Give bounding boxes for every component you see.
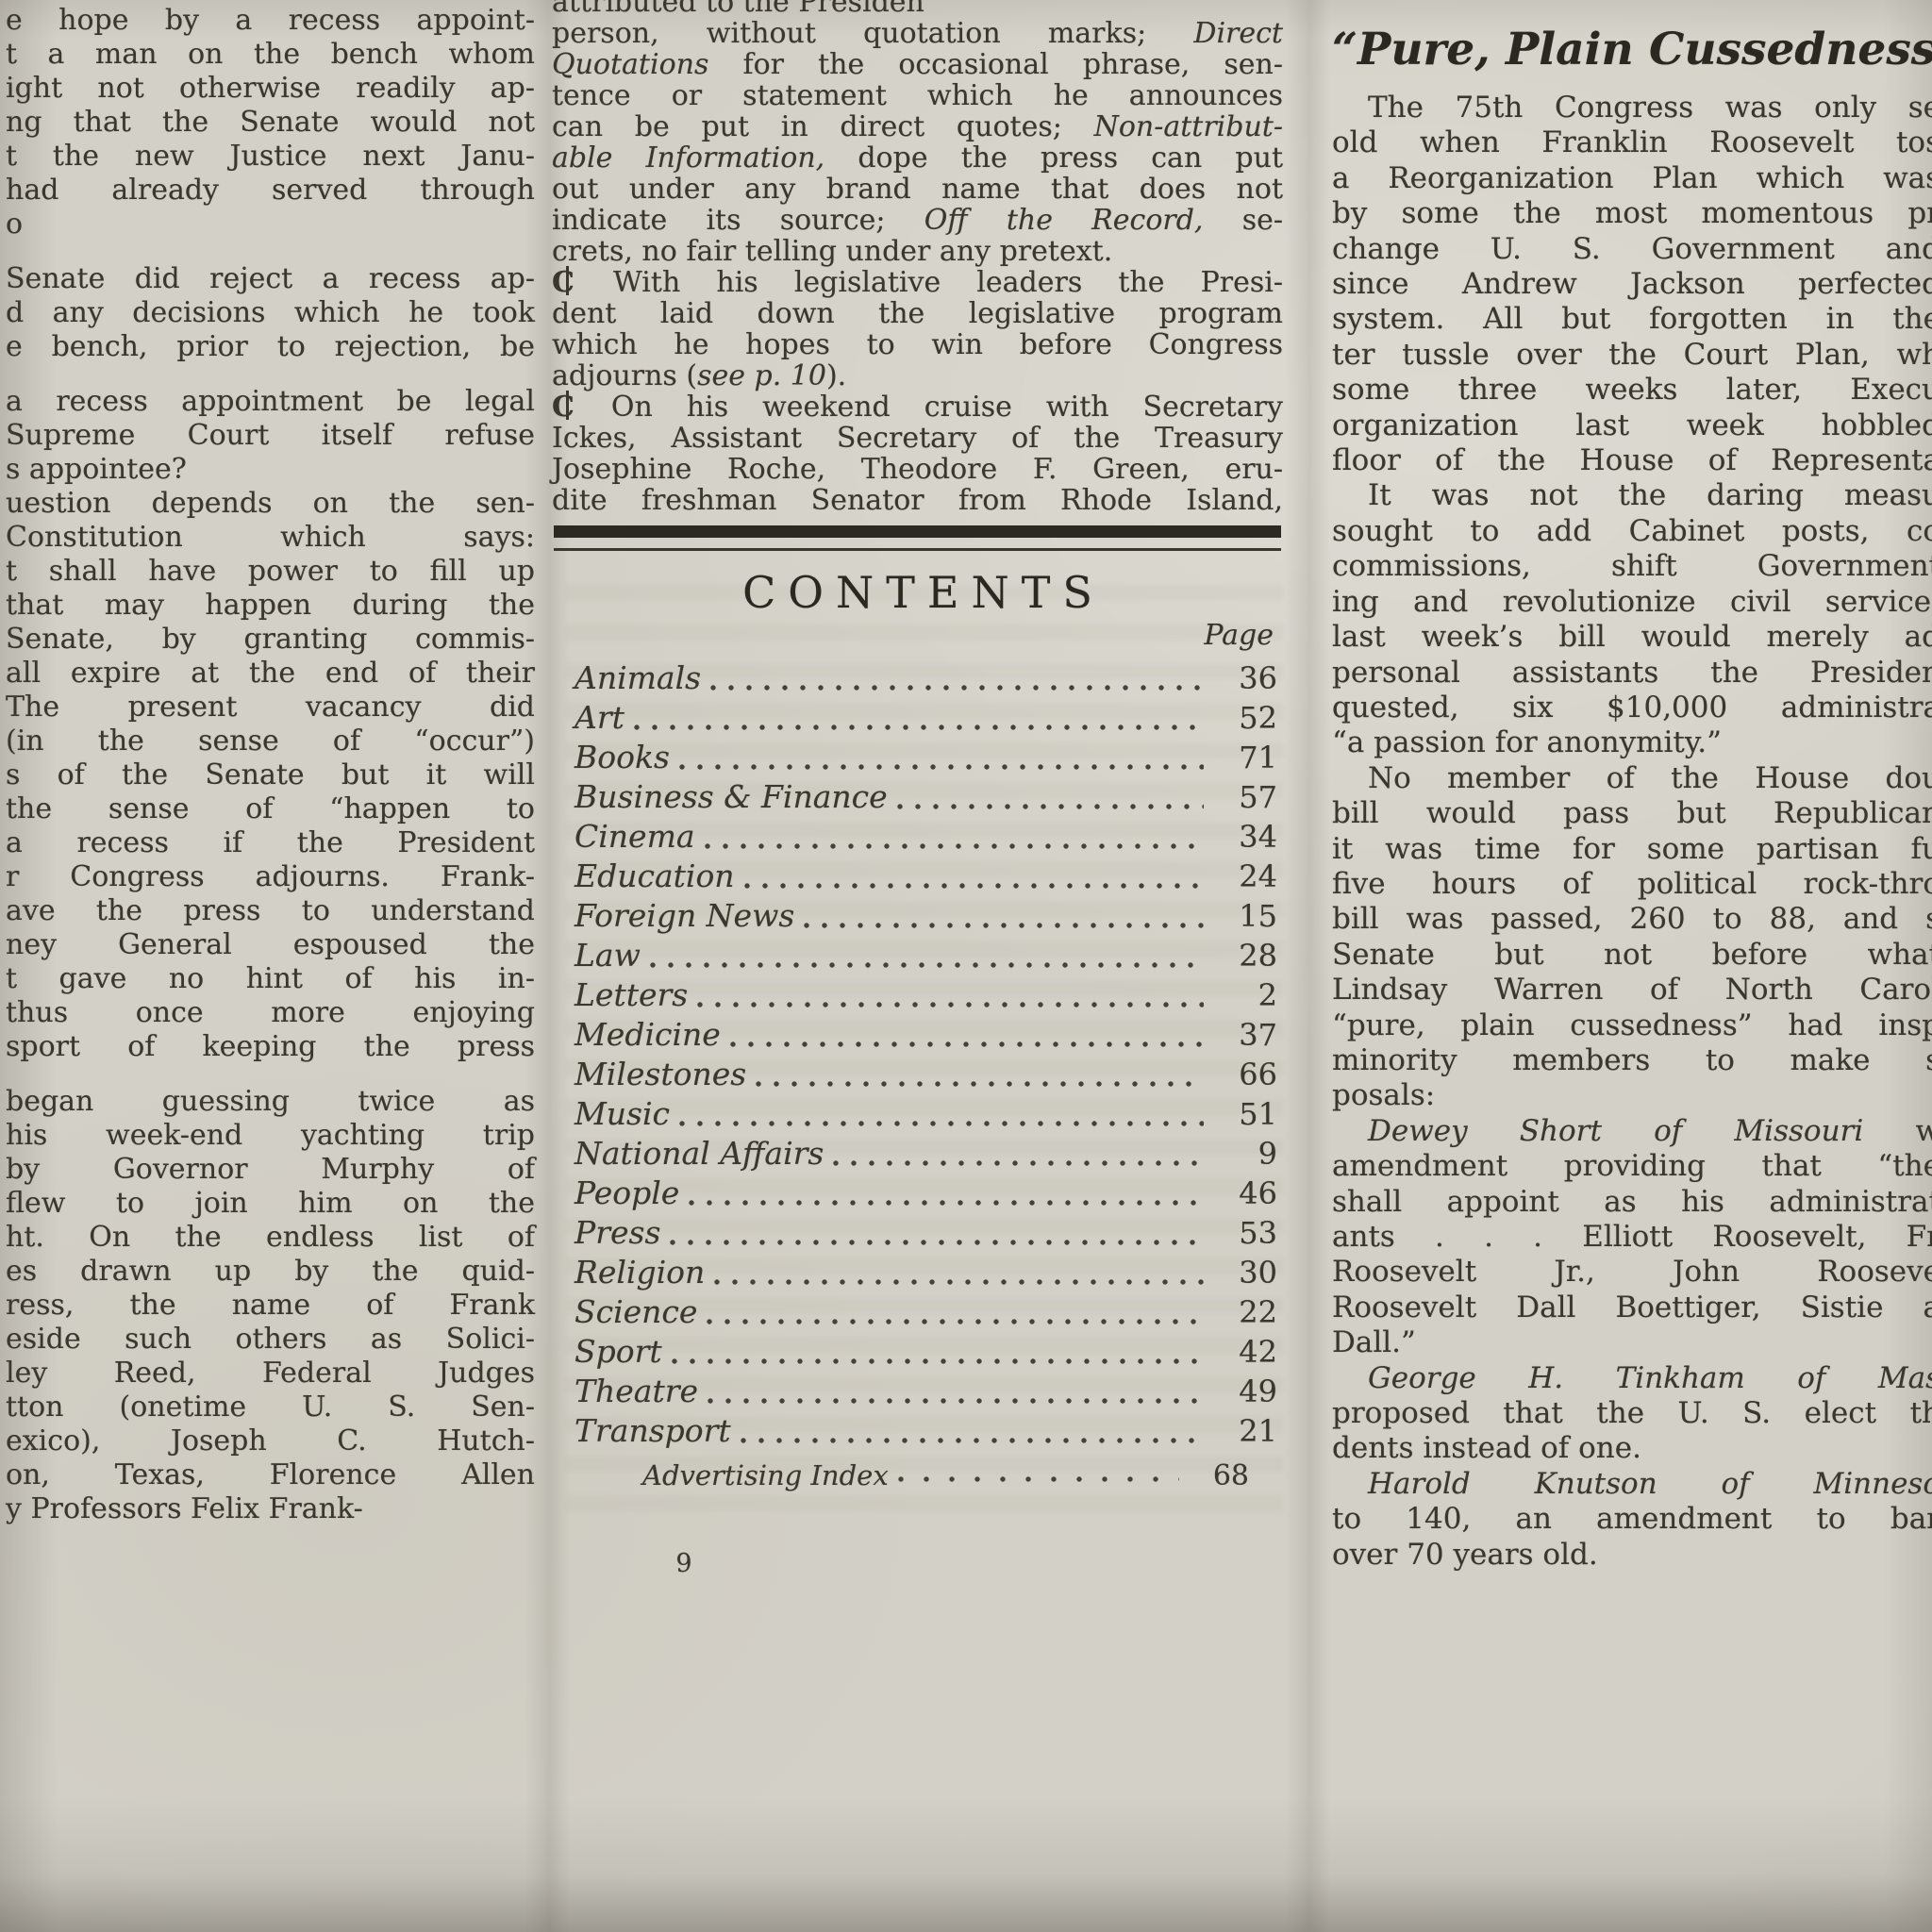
text-line: since Andrew Jackson perfected — [1332, 267, 1932, 302]
text-line: personal assistants the Presiden — [1332, 656, 1932, 691]
text-line: Lindsay Warren of North Carol — [1332, 973, 1932, 1008]
text-segment: some three weeks later, Execu — [1332, 373, 1932, 407]
text-line: Constitution which says: — [6, 521, 535, 555]
text-segment: It was not the daring measu — [1368, 478, 1932, 512]
text-line: Senate did reject a recess ap- — [6, 262, 535, 296]
text-line: Dewey Short of Missouri w — [1332, 1114, 1932, 1149]
text-line: It was not the daring measu — [1332, 478, 1932, 513]
text-segment: a recess appointment be legal — [6, 385, 535, 418]
text-segment: w — [1863, 1114, 1932, 1148]
toc-page-number: 36 — [1217, 663, 1277, 694]
text-segment: since Andrew Jackson perfected — [1332, 267, 1932, 301]
text-segment: y Professors Felix Frank- — [6, 1492, 363, 1525]
text-segment: personal assistants the Presiden — [1332, 656, 1932, 690]
text-segment: Harold Knutson of Minneso — [1368, 1467, 1932, 1501]
text-segment: over 70 years old. — [1332, 1538, 1598, 1572]
text-segment: can be put in direct quotes; — [552, 110, 1094, 143]
toc-page-number: 49 — [1217, 1376, 1277, 1407]
text-segment: amendment providing that “the — [1332, 1149, 1932, 1183]
dot-leader — [632, 722, 1204, 733]
text-segment: ter tussle over the Court Plan, wh — [1332, 338, 1932, 372]
text-line: floor of the House of Representa — [1332, 443, 1932, 478]
text-line: all expire at the end of their — [6, 657, 535, 691]
text-segment: Lindsay Warren of North Carol — [1332, 973, 1932, 1007]
text-segment: person, without quotation marks; — [552, 17, 1193, 50]
text-segment: t the new Justice next Janu- — [6, 140, 535, 173]
text-segment: sport of keeping the press — [6, 1030, 535, 1063]
dot-leader — [677, 761, 1204, 773]
dot-leader — [668, 1237, 1204, 1248]
text-line: t the new Justice next Janu- — [6, 140, 535, 174]
text-line: bill was passed, 260 to 88, and s — [1332, 902, 1932, 937]
text-segment: all expire at the end of their — [6, 657, 535, 690]
text-line: Josephine Roche, Theodore F. Green, eru- — [552, 454, 1283, 485]
text-line: minority members to make s — [1332, 1043, 1932, 1078]
toc-section-label: National Affairs — [575, 1138, 824, 1169]
toc-row: Transport21 — [575, 1415, 1277, 1455]
text-line: (in the sense of “occur”) — [6, 724, 535, 758]
text-line: organization last week hobbled — [1332, 408, 1932, 443]
toc-row: National Affairs9 — [575, 1138, 1277, 1177]
text-segment: adjourns ( — [552, 359, 697, 392]
text-line: by some the most momentous pr — [1332, 196, 1932, 231]
text-line: thus once more enjoying — [6, 996, 535, 1030]
toc-section-label: Foreign News — [575, 900, 794, 931]
toc-section-label: Religion — [575, 1257, 705, 1288]
text-segment: es drawn up by the quid- — [6, 1255, 535, 1288]
text-line: ing and revolutionize civil service. — [1332, 585, 1932, 620]
text-segment: Off the Record, — [924, 204, 1204, 237]
magazine-page: e hope by a recess appoint-t a man on th… — [0, 0, 1932, 1932]
text-line: “pure, plain cussedness” had insp — [1332, 1008, 1932, 1043]
text-line: No member of the House dou — [1332, 761, 1932, 796]
text-line: old when Franklin Roosevelt tos — [1332, 125, 1932, 160]
toc-page-number: 51 — [1217, 1099, 1277, 1130]
text-line: his week-end yachting trip — [6, 1119, 535, 1153]
text-line: The 75th Congress was only se — [1332, 91, 1932, 125]
page-number: 9 — [656, 1549, 712, 1578]
text-line: ight not otherwise readily ap- — [6, 72, 535, 106]
toc-page-number: 53 — [1217, 1218, 1277, 1249]
text-line: es drawn up by the quid- — [6, 1255, 535, 1289]
text-segment: George H. Tinkham of Mas — [1368, 1361, 1932, 1395]
toc-section-label: Theatre — [575, 1375, 698, 1407]
text-line: ht. On the endless list of — [6, 1221, 535, 1255]
column-gutter-shadow — [1285, 0, 1330, 1932]
text-line: the sense of “happen to — [6, 792, 535, 826]
text-line: system. All but forgotten in the — [1332, 302, 1932, 337]
toc-page-number: 9 — [1217, 1139, 1277, 1170]
text-line: e hope by a recess appoint- — [6, 4, 535, 38]
section-heading-clipped: THE CO — [1332, 0, 1932, 19]
toc-page-number: 37 — [1217, 1020, 1277, 1051]
text-segment: for the occasional phrase, sen- — [708, 48, 1283, 81]
text-line: a recess if the President — [6, 826, 535, 860]
dot-leader — [687, 1197, 1204, 1208]
dot-leader — [742, 880, 1204, 891]
text-line: a recess appointment be legal — [6, 385, 535, 419]
text-line: bill would pass but Republican — [1332, 796, 1932, 831]
text-line: had already served through — [6, 174, 535, 208]
text-line: d any decisions which he took — [6, 296, 535, 330]
text-line: proposed that the U. S. elect th — [1332, 1396, 1932, 1431]
text-segment: commissions, shift Government — [1332, 549, 1932, 583]
dot-leader — [895, 801, 1204, 812]
toc-page-number: 24 — [1217, 861, 1277, 892]
toc-row: Press53 — [575, 1217, 1277, 1257]
text-segment: Direct — [1193, 17, 1283, 50]
text-line: began guessing twice as — [6, 1085, 535, 1119]
text-line: which he hopes to win before Congress — [552, 329, 1283, 360]
text-segment: a Reorganization Plan which was — [1332, 161, 1932, 195]
text-segment: had already served through — [6, 174, 535, 207]
text-line: indicate its source; Off the Record, se- — [552, 205, 1283, 236]
text-line: Roosevelt Dall Boettiger, Sistie a — [1332, 1291, 1932, 1325]
text-line: can be put in direct quotes; Non-attribu… — [552, 111, 1283, 142]
text-segment: Dewey Short of Missouri — [1368, 1114, 1863, 1148]
text-segment: sought to add Cabinet posts, co — [1332, 514, 1932, 548]
article-body: The 75th Congress was only seold when Fr… — [1332, 91, 1932, 1573]
toc-row: Animals36 — [575, 662, 1277, 702]
text-line: adjourns (see p. 10). — [552, 360, 1283, 391]
text-segment: out under any brand name that does not — [552, 173, 1283, 206]
toc-section-label: Medicine — [575, 1019, 721, 1050]
text-segment: o — [6, 208, 23, 241]
toc-page-number: 21 — [1217, 1416, 1277, 1447]
toc-page-number: 46 — [1217, 1178, 1277, 1209]
text-line: “a passion for anonymity.” — [1332, 725, 1932, 760]
toc-row: Theatre49 — [575, 1375, 1277, 1415]
contents-title: CONTENTS — [552, 566, 1283, 619]
toc-row: Milestones66 — [575, 1058, 1277, 1098]
text-segment: “a passion for anonymity.” — [1332, 725, 1722, 759]
text-segment: ). — [826, 359, 846, 392]
text-segment: Non-attribut- — [1094, 110, 1283, 143]
text-segment: ing and revolutionize civil service. — [1332, 585, 1932, 619]
text-segment: by Governor Murphy of — [6, 1153, 535, 1186]
toc-row: Business & Finance57 — [575, 781, 1277, 821]
text-segment: began guessing twice as — [6, 1085, 535, 1118]
text-segment: s of the Senate but it will — [6, 758, 535, 791]
text-line: commissions, shift Government — [1332, 549, 1932, 584]
toc-row: Religion30 — [575, 1257, 1277, 1296]
text-segment: dent laid down the legislative program — [552, 297, 1283, 330]
toc-section-label: Education — [575, 860, 735, 891]
text-segment: ney General espoused the — [6, 928, 535, 961]
text-line: crets, no fair telling under any pretext… — [552, 236, 1283, 267]
toc-page-number: 15 — [1217, 901, 1277, 932]
dot-leader — [677, 1118, 1204, 1129]
text-segment: Quotations — [552, 48, 708, 81]
text-line: ley Reed, Federal Judges — [6, 1357, 535, 1391]
text-line: t a man on the bench whom — [6, 38, 535, 72]
dot-leader — [703, 841, 1204, 852]
toc-row: Art52 — [575, 702, 1277, 741]
middle-column: attributed to the Presidenperson, withou… — [552, 0, 1283, 1491]
toc-section-label: Business & Finance — [575, 781, 888, 812]
text-segment: ley Reed, Federal Judges — [6, 1357, 535, 1390]
toc-row: Education24 — [575, 860, 1277, 900]
text-line: it was time for some partisan fu — [1332, 832, 1932, 867]
text-segment: ress, the name of Frank — [6, 1289, 535, 1322]
toc-row: Science22 — [575, 1296, 1277, 1336]
text-segment: s appointee? — [6, 453, 187, 486]
text-segment: t a man on the bench whom — [6, 38, 535, 71]
dot-leader — [705, 1316, 1204, 1327]
text-line: Dall.” — [1332, 1325, 1932, 1360]
right-column: THE CO “Pure, Plain Cussedness” The 75th… — [1332, 0, 1932, 1573]
contents-page-column-header: Page — [552, 619, 1283, 653]
text-segment: to 140, an amendment to bar — [1332, 1502, 1932, 1536]
text-line: change U. S. Government and — [1332, 232, 1932, 267]
text-line: five hours of political rock-thro — [1332, 867, 1932, 902]
text-segment: eside such others as Solici- — [6, 1323, 535, 1356]
text-segment: ng that the Senate would not — [6, 106, 535, 139]
toc-page-number: 71 — [1217, 742, 1277, 774]
text-segment: e bench, prior to rejection, be — [6, 330, 535, 363]
toc-section-label: Cinema — [575, 821, 695, 852]
toc-row: Letters2 — [575, 979, 1277, 1019]
text-segment: t shall have power to fill up — [6, 555, 535, 588]
text-segment: dents instead of one. — [1332, 1431, 1641, 1465]
text-segment: organization last week hobbled — [1332, 408, 1932, 442]
text-segment: ht. On the endless list of — [6, 1221, 535, 1254]
middle-column-text: attributed to the Presidenperson, withou… — [552, 0, 1283, 516]
text-segment: that may happen during the — [6, 589, 535, 622]
text-segment: t gave no hint of his in- — [6, 962, 535, 995]
text-line: s appointee? — [6, 453, 535, 487]
text-line: ney General espoused the — [6, 928, 535, 962]
text-line: ress, the name of Frank — [6, 1289, 535, 1323]
text-line: over 70 years old. — [1332, 1538, 1932, 1573]
text-segment: a recess if the President — [6, 826, 535, 859]
text-segment: tton (onetime U. S. Sen- — [6, 1391, 535, 1424]
text-line: e bench, prior to rejection, be — [6, 330, 535, 364]
text-line: tton (onetime U. S. Sen- — [6, 1391, 535, 1424]
text-line: to 140, an amendment to bar — [1332, 1502, 1932, 1537]
text-line: a Reorganization Plan which was — [1332, 161, 1932, 196]
toc-section-label: Press — [575, 1217, 660, 1248]
text-line: t shall have power to fill up — [6, 555, 535, 589]
text-segment: The 75th Congress was only se — [1368, 91, 1932, 125]
paragraph-mark: C — [552, 267, 577, 298]
text-line: last week’s bill would merely ad — [1332, 620, 1932, 655]
text-line: out under any brand name that does not — [552, 174, 1283, 205]
text-segment: ave the press to understand — [6, 894, 535, 927]
text-segment: change U. S. Government and — [1332, 232, 1932, 266]
text-line: attributed to the Presiden — [552, 0, 1283, 18]
text-segment: see p. 10 — [697, 359, 826, 392]
dot-leader — [712, 1276, 1204, 1288]
toc-row: Music51 — [575, 1098, 1277, 1138]
toc-section-label: People — [575, 1177, 679, 1208]
toc-page-number: 22 — [1217, 1297, 1277, 1328]
toc-page-number: 57 — [1217, 782, 1277, 813]
text-segment: able Information, — [552, 142, 824, 175]
toc-row: Books71 — [575, 741, 1277, 781]
dot-leader — [708, 682, 1204, 693]
toc-page-number: 2 — [1217, 980, 1277, 1011]
dot-leader — [831, 1158, 1204, 1169]
text-segment: minority members to make s — [1332, 1043, 1932, 1077]
text-line: ants . . . Elliott Roosevelt, Fr — [1332, 1220, 1932, 1255]
text-segment: dite freshman Senator from Rhode Island, — [552, 484, 1283, 517]
advertising-index-label: Advertising Index — [642, 1460, 889, 1491]
text-segment: on, Texas, Florence Allen — [6, 1458, 535, 1491]
text-segment: Roosevelt Jr., John Rooseve — [1332, 1255, 1932, 1289]
text-line: some three weeks later, Execu — [1332, 373, 1932, 408]
text-line: person, without quotation marks; Direct — [552, 18, 1283, 49]
left-column: e hope by a recess appoint-t a man on th… — [0, 4, 542, 1526]
text-segment: Senate, by granting commis- — [6, 623, 535, 656]
text-segment: Ickes, Assistant Secretary of the Treasu… — [552, 422, 1283, 455]
text-line: tence or statement which he announces — [552, 80, 1283, 111]
text-segment: system. All but forgotten in the — [1332, 302, 1932, 336]
text-segment: shall appoint as his administrat — [1332, 1185, 1932, 1219]
text-segment: thus once more enjoying — [6, 996, 535, 1029]
divider-rule-thin — [554, 548, 1281, 551]
text-segment: by some the most momentous pr — [1332, 196, 1932, 230]
text-segment: e hope by a recess appoint- — [6, 4, 535, 37]
text-segment: Supreme Court itself refuse — [6, 419, 535, 452]
text-line: dite freshman Senator from Rhode Island, — [552, 485, 1283, 516]
dot-leader — [648, 959, 1204, 971]
text-line: Harold Knutson of Minneso — [1332, 1467, 1932, 1502]
toc-section-label: Transport — [575, 1415, 731, 1446]
dot-leader — [706, 1395, 1204, 1407]
text-line: by Governor Murphy of — [6, 1153, 535, 1187]
text-segment: Josephine Roche, Theodore F. Green, eru- — [552, 453, 1283, 486]
text-segment: tence or statement which he announces — [552, 79, 1283, 112]
text-segment: his week-end yachting trip — [6, 1119, 535, 1152]
advertising-index-page-number: 68 — [1192, 1460, 1249, 1491]
text-line: ter tussle over the Court Plan, wh — [1332, 338, 1932, 373]
text-line: Senate but not before what — [1332, 938, 1932, 973]
paragraph-mark: C — [552, 391, 577, 423]
toc-page-number: 66 — [1217, 1059, 1277, 1091]
text-line: flew to join him on the — [6, 1187, 535, 1221]
text-segment: posals: — [1332, 1078, 1435, 1112]
toc-page-number: 52 — [1217, 703, 1277, 734]
text-segment: which he hopes to win before Congress — [552, 328, 1283, 361]
toc-section-label: Animals — [575, 662, 701, 693]
text-line: able Information, dope the press can put — [552, 142, 1283, 174]
contents-list: Animals36Art52Books71Business & Finance5… — [552, 662, 1283, 1455]
text-line: sport of keeping the press — [6, 1030, 535, 1064]
dot-leader — [670, 1356, 1204, 1367]
text-line: on, Texas, Florence Allen — [6, 1458, 535, 1492]
text-segment: (in the sense of “occur”) — [6, 724, 535, 758]
text-segment: exico), Joseph C. Hutch- — [6, 1424, 535, 1457]
dot-leader — [754, 1078, 1204, 1090]
toc-row: Cinema34 — [575, 821, 1277, 860]
text-line: dents instead of one. — [1332, 1431, 1932, 1466]
text-segment: With his legislative leaders the Presi- — [577, 266, 1283, 299]
text-line: amendment providing that “the — [1332, 1149, 1932, 1184]
text-segment: attributed to the Presiden — [552, 0, 924, 19]
text-line: The present vacancy did — [6, 691, 535, 724]
text-segment: Constitution which says: — [6, 521, 535, 554]
text-line: eside such others as Solici- — [6, 1323, 535, 1357]
text-line: posals: — [1332, 1078, 1932, 1113]
text-line: t gave no hint of his in- — [6, 962, 535, 996]
dot-leader — [896, 1474, 1179, 1485]
toc-section-label: Art — [575, 702, 625, 733]
text-segment: Roosevelt Dall Boettiger, Sistie a — [1332, 1291, 1932, 1324]
text-segment: d any decisions which he took — [6, 296, 535, 329]
text-line: Quotations for the occasional phrase, se… — [552, 49, 1283, 80]
text-line: C On his weekend cruise with Secretary — [552, 391, 1283, 423]
text-line: exico), Joseph C. Hutch- — [6, 1424, 535, 1458]
text-line: C With his legislative leaders the Presi… — [552, 267, 1283, 298]
text-segment: five hours of political rock-thro — [1332, 867, 1932, 901]
toc-page-number: 28 — [1217, 941, 1277, 972]
text-line: quested, six $10,000 administra — [1332, 691, 1932, 725]
toc-page-number: 42 — [1217, 1337, 1277, 1368]
toc-page-number: 30 — [1217, 1257, 1277, 1289]
dot-leader — [739, 1435, 1204, 1446]
text-line: ng that the Senate would not — [6, 106, 535, 140]
text-segment: proposed that the U. S. elect th — [1332, 1396, 1932, 1430]
toc-section-label: Letters — [575, 979, 688, 1010]
text-line: sought to add Cabinet posts, co — [1332, 514, 1932, 549]
dot-leader — [802, 920, 1204, 931]
text-line: y Professors Felix Frank- — [6, 1492, 535, 1526]
toc-row: Sport42 — [575, 1336, 1277, 1375]
toc-row: Law28 — [575, 940, 1277, 979]
text-line: ave the press to understand — [6, 894, 535, 928]
text-segment: The present vacancy did — [6, 691, 535, 724]
advertising-index-row: Advertising Index 68 — [552, 1460, 1283, 1491]
text-segment: it was time for some partisan fu — [1332, 832, 1932, 866]
toc-section-label: Science — [575, 1296, 697, 1327]
toc-section-label: Music — [575, 1098, 670, 1129]
text-segment: r Congress adjourns. Frank- — [6, 860, 535, 893]
text-segment: se- — [1203, 204, 1283, 237]
text-segment: bill was passed, 260 to 88, and s — [1332, 902, 1932, 936]
text-segment: crets, no fair telling under any pretext… — [552, 235, 1112, 268]
text-segment: On his weekend cruise with Secretary — [577, 391, 1283, 424]
toc-page-number: 34 — [1217, 822, 1277, 853]
text-line: Ickes, Assistant Secretary of the Treasu… — [552, 423, 1283, 454]
text-segment: dope the press can put — [824, 142, 1283, 175]
text-segment: indicate its source; — [552, 204, 924, 237]
text-line: Supreme Court itself refuse — [6, 419, 535, 453]
text-segment: quested, six $10,000 administra — [1332, 691, 1932, 724]
text-line: r Congress adjourns. Frank- — [6, 860, 535, 894]
text-segment: ants . . . Elliott Roosevelt, Fr — [1332, 1220, 1932, 1254]
text-line: Roosevelt Jr., John Rooseve — [1332, 1255, 1932, 1290]
text-segment: No member of the House dou — [1368, 761, 1932, 795]
toc-section-label: Books — [575, 741, 670, 773]
toc-row: People46 — [575, 1177, 1277, 1217]
text-line: dent laid down the legislative program — [552, 298, 1283, 329]
text-line: George H. Tinkham of Mas — [1332, 1361, 1932, 1396]
text-line: s of the Senate but it will — [6, 758, 535, 792]
text-segment: Dall.” — [1332, 1325, 1416, 1359]
text-segment: uestion depends on the sen- — [6, 487, 535, 520]
text-segment: the sense of “happen to — [6, 792, 535, 825]
text-line: that may happen during the — [6, 589, 535, 623]
toc-row: Medicine37 — [575, 1019, 1277, 1058]
text-segment: bill would pass but Republican — [1332, 796, 1932, 830]
dot-leader — [695, 999, 1204, 1010]
text-segment: old when Franklin Roosevelt tos — [1332, 125, 1932, 159]
text-segment: last week’s bill would merely ad — [1332, 620, 1932, 654]
text-segment: flew to join him on the — [6, 1187, 535, 1220]
text-line: o — [6, 208, 535, 241]
text-segment: ight not otherwise readily ap- — [6, 72, 535, 105]
